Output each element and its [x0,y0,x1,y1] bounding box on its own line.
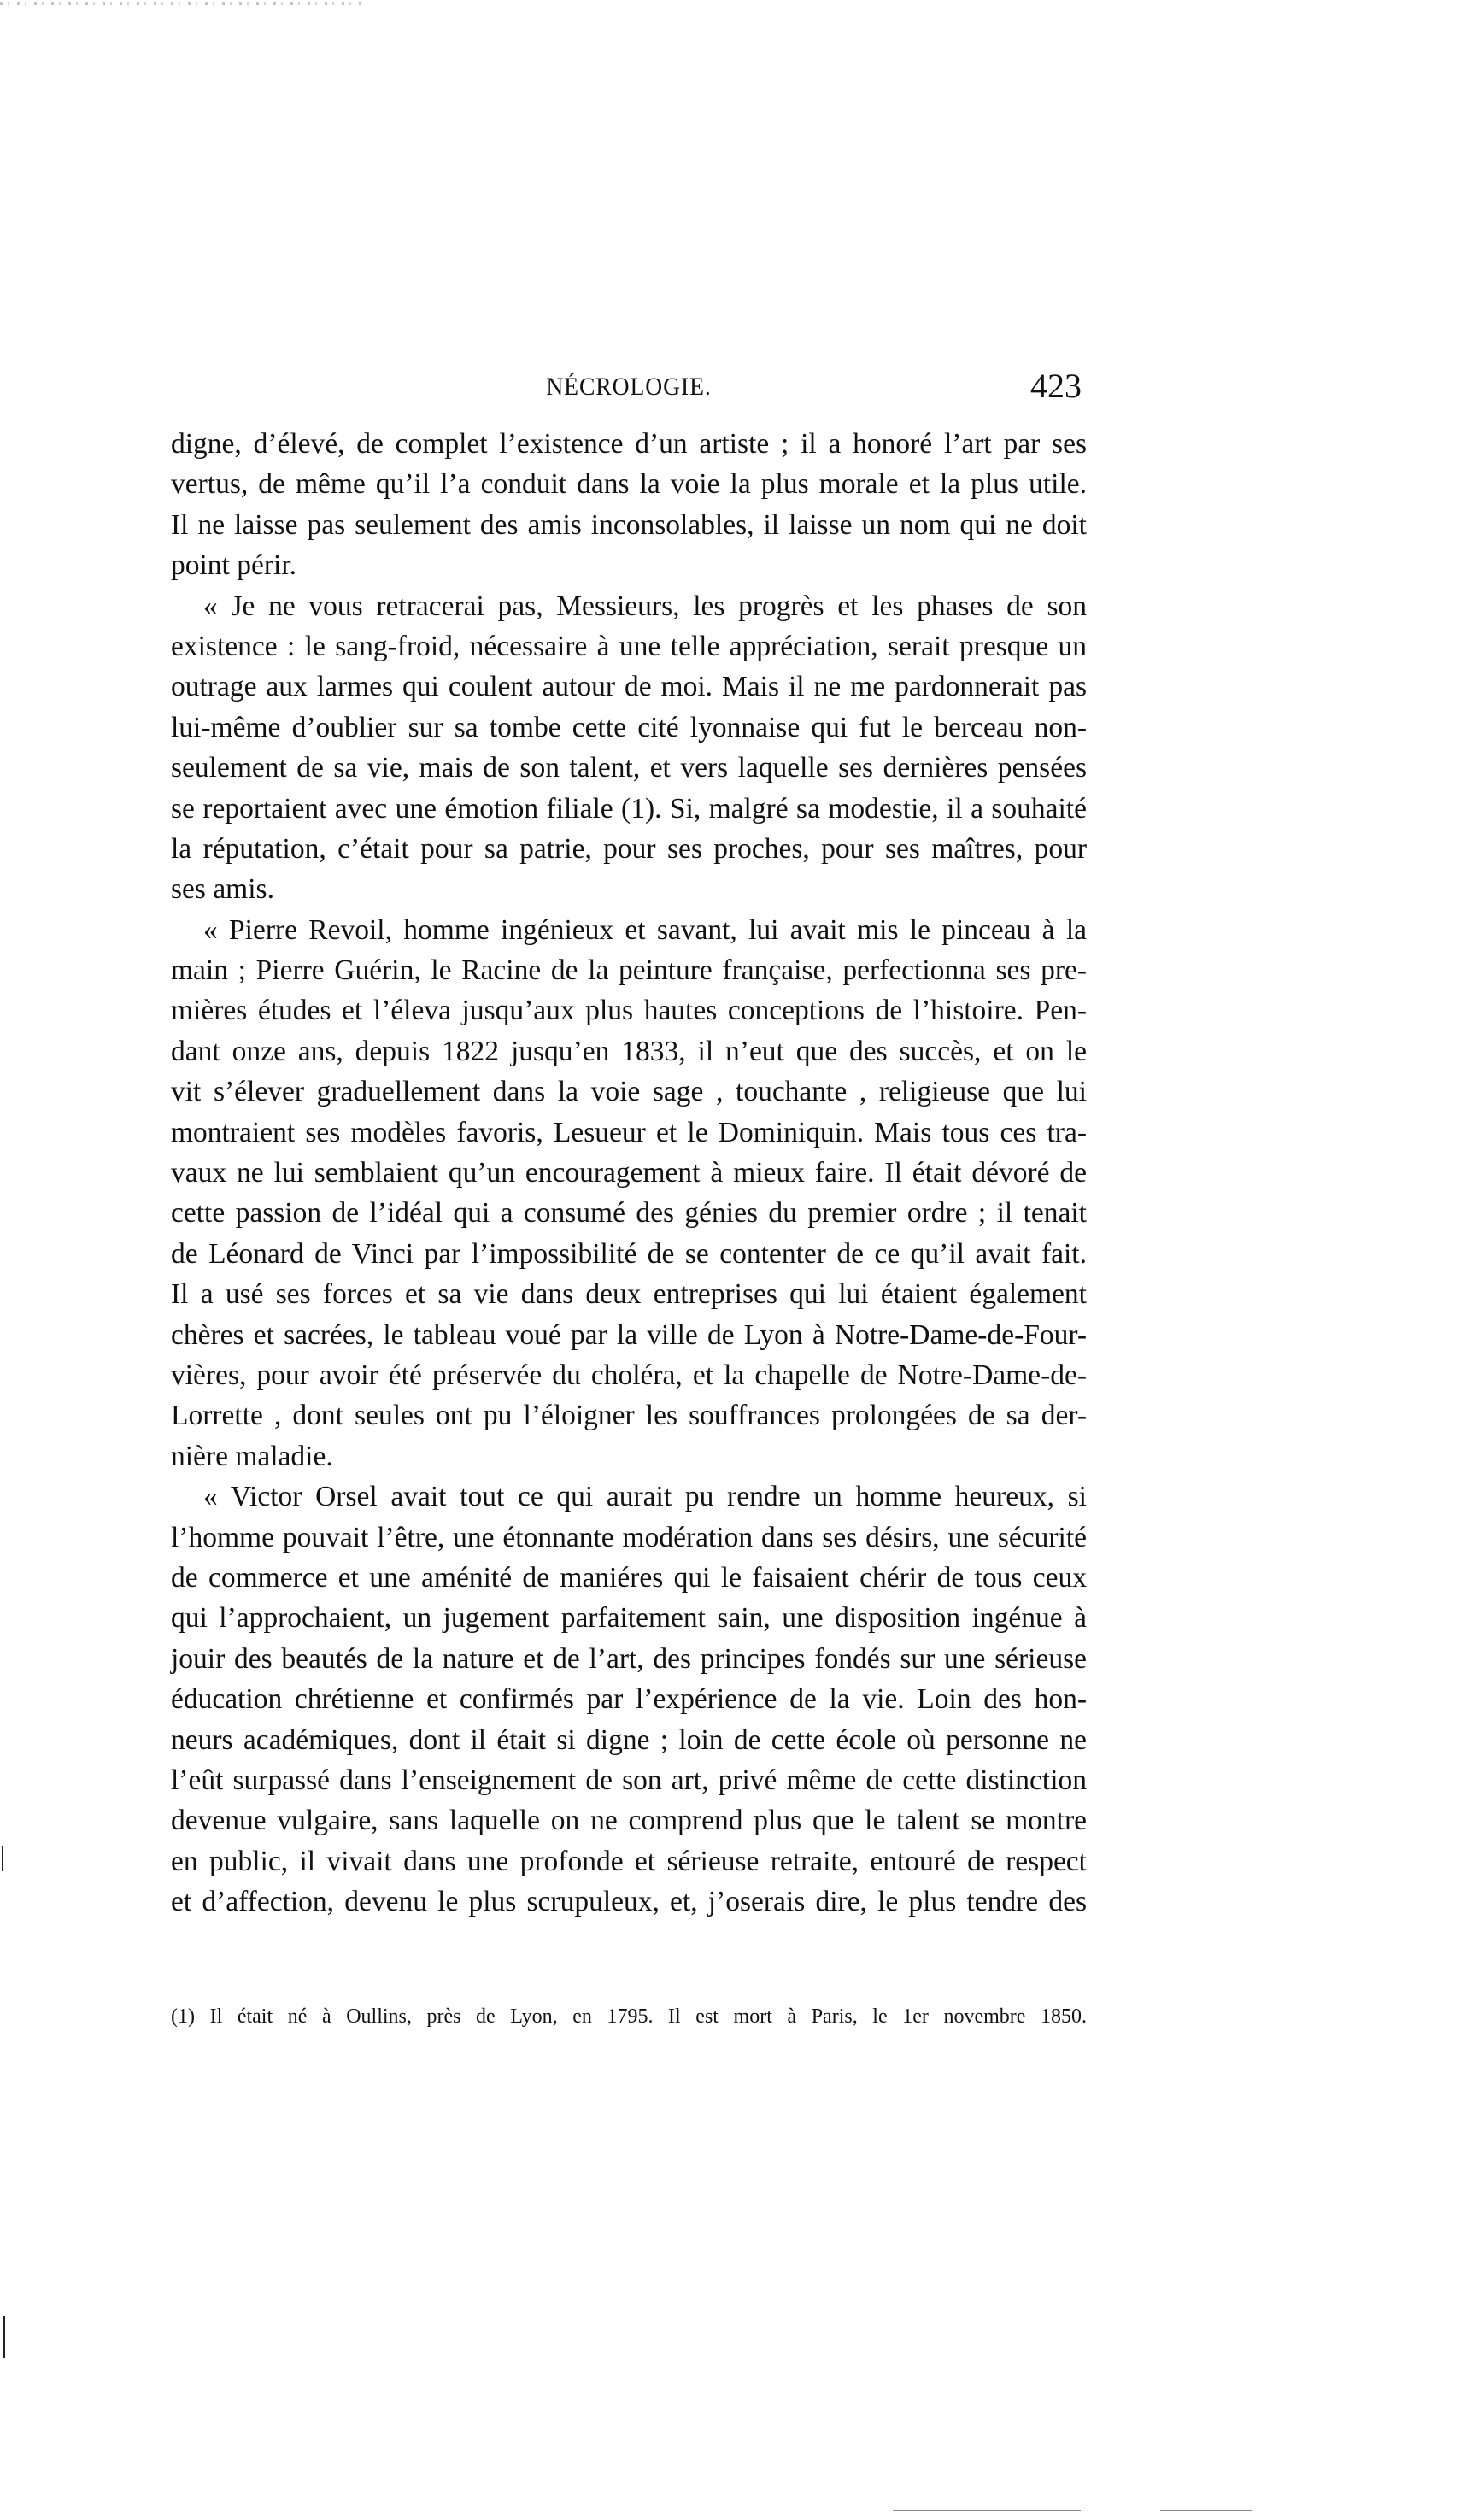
text-line: de commerce et une aménité de maniéres q… [171,1558,1087,1598]
text-line: outrage aux larmes qui coulent autour de… [171,666,1087,707]
text-line: dant onze ans, depuis 1822 jusqu’en 1833… [171,1031,1087,1072]
scan-edge-mark [3,2316,5,2358]
text-line: montraient ses modèles favoris, Lesueur … [171,1113,1087,1153]
running-title: NÉCROLOGIE. [208,373,1050,402]
text-line: seulement de sa vie, mais de son talent,… [171,748,1087,788]
scan-edge-rule [893,2510,1081,2511]
text-line: existence : le sang-froid, nécessaire à … [171,626,1087,666]
text-line: jouir des beautés de la nature et de l’a… [171,1639,1087,1679]
text-line: l’eût surpassé dans l’enseignement de so… [171,1760,1087,1800]
scanned-page: NÉCROLOGIE. 423 digne, d’élevé, de compl… [0,0,1484,2513]
text-line: mières études et l’éleva jusqu’aux plus … [171,990,1087,1030]
text-line: Il a usé ses forces et sa vie dans deux … [171,1274,1087,1314]
footnote: (1) Il était né à Oullins, près de Lyon,… [171,2005,1087,2029]
text-line: « Je ne vous retracerai pas, Messieurs, … [171,586,1087,626]
page-header: NÉCROLOGIE. 423 [171,373,1087,415]
text-line: digne, d’élevé, de complet l’existence d… [171,424,1087,464]
text-line: qui l’approchaient, un jugement parfaite… [171,1598,1087,1638]
text-line: Lorrette , dont seules ont pu l’éloigner… [171,1395,1087,1436]
text-line: vières, pour avoir été préservée du chol… [171,1355,1087,1395]
text-line: lui-même d’oublier sur sa tombe cette ci… [171,708,1087,748]
text-line: cette passion de l’idéal qui a consumé d… [171,1193,1087,1233]
text-line: de Léonard de Vinci par l’impossibilité … [171,1234,1087,1274]
text-line: l’homme pouvait l’être, une étonnante mo… [171,1518,1087,1558]
text-line: en public, il vivait dans une profonde e… [171,1841,1087,1882]
text-line: éducation chrétienne et confirmés par l’… [171,1679,1087,1719]
text-line: chères et sacrées, le tableau voué par l… [171,1315,1087,1355]
body-text: digne, d’élevé, de complet l’existence d… [171,424,1087,1922]
scan-artifact [0,2,367,5]
text-line: vertus, de même qu’il l’a conduit dans l… [171,464,1087,504]
page-number: 423 [1030,366,1082,406]
text-line: neurs académiques, dont il était si dign… [171,1720,1087,1760]
text-line: point périr. [171,545,1087,585]
text-line: « Victor Orsel avait tout ce qui aurait … [171,1477,1087,1517]
text-line: nière maladie. [171,1436,1087,1477]
text-line: devenue vulgaire, sans laquelle on ne co… [171,1800,1087,1841]
text-line: se reportaient avec une émotion filiale … [171,789,1087,829]
text-line: Il ne laisse pas seulement des amis inco… [171,505,1087,545]
text-line: ses amis. [171,869,1087,909]
text-line: la réputation, c’était pour sa patrie, p… [171,829,1087,869]
scan-edge-mark [2,1846,3,1871]
text-line: et d’affection, devenu le plus scrupuleu… [171,1882,1087,1922]
scan-edge-rule [1160,2510,1252,2511]
text-line: vaux ne lui semblaient qu’un encourageme… [171,1153,1087,1193]
text-line: main ; Pierre Guérin, le Racine de la pe… [171,950,1087,990]
text-line: « Pierre Revoil, homme ingénieux et sava… [171,910,1087,950]
text-line: vit s’élever graduellement dans la voie … [171,1072,1087,1112]
